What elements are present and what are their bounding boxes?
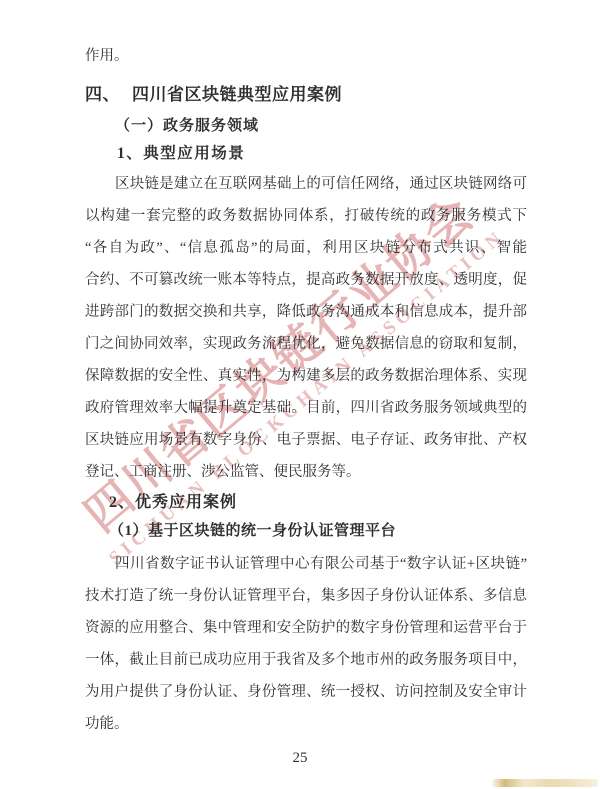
- text-line: 政府管理效率大幅提升奠定基础。目前，四川省政务服务领域典型的: [85, 392, 527, 424]
- text-line: 进跨部门的数据交换和共享，降低政务沟通成本和信息成本，提升部: [85, 296, 527, 328]
- text-line: 区块链应用场景有数字身份、电子票据、电子存证、政务审批、产权: [85, 424, 527, 456]
- document-content: 作用。 四、四川省区块链典型应用案例 （一）政务服务领域 1、典型应用场景 区块…: [85, 40, 527, 740]
- text-line: “各自为政”、“信息孤岛”的局面，利用区块链分布式共识、智能: [85, 232, 527, 264]
- text-line: 以构建一套完整的政务数据协同体系，打破传统的政务服务模式下: [85, 200, 527, 232]
- text-line: 资源的应用整合、集中管理和安全防护的数字身份管理和运营平台于: [85, 612, 527, 644]
- document-page: 四川省区块链行业协会 SICHUAN BLOCKCHAIN ASSOCIATIO…: [0, 0, 600, 789]
- text-line: 四川省数字证书认证管理中心有限公司基于“数字认证+区块链”: [85, 548, 527, 580]
- corner-logo-fragment: [492, 779, 598, 787]
- paragraph-tail-line: 作用。: [85, 40, 527, 72]
- text-line: 一体，截止目前已成功应用于我省及多个地市州的政务服务项目中，: [85, 644, 527, 676]
- text-line: 技术打造了统一身份认证管理平台，集多因子身份认证体系、多信息: [85, 580, 527, 612]
- heading-government-services: （一）政务服务领域: [85, 114, 527, 138]
- heading-identity-platform: （1）基于区块链的统一身份认证管理平台: [85, 520, 527, 542]
- text-line: 合约、不可篡改统一账本等特点，提高政务数据开放度、透明度，促: [85, 264, 527, 296]
- text-line: 登记、工商注册、涉公监管、便民服务等。: [85, 456, 527, 488]
- heading-section-number: 四、: [85, 85, 120, 104]
- paragraph-typical-scenarios: 区块链是建立在互联网基础上的可信任网络，通过区块链网络可 以构建一套完整的政务数…: [85, 168, 527, 488]
- text-line: 保障数据的安全性、真实性，为构建多层的政务数据治理体系、实现: [85, 360, 527, 392]
- heading-section-four: 四、四川省区块链典型应用案例: [85, 84, 527, 106]
- heading-excellent-cases: 2、优秀应用案例: [85, 492, 527, 514]
- text-line: 区块链是建立在互联网基础上的可信任网络，通过区块链网络可: [85, 168, 527, 200]
- heading-typical-scenarios: 1、典型应用场景: [85, 142, 527, 166]
- page-number: 25: [0, 750, 600, 767]
- text-line: 为用户提供了身份认证、身份管理、统一授权、访问控制及安全审计: [85, 676, 527, 708]
- text-line: 门之间协同效率，实现政务流程优化，避免数据信息的窃取和复制，: [85, 328, 527, 360]
- paragraph-identity-platform: 四川省数字证书认证管理中心有限公司基于“数字认证+区块链” 技术打造了统一身份认…: [85, 548, 527, 740]
- text-line: 功能。: [85, 708, 527, 740]
- heading-section-title: 四川省区块链典型应用案例: [132, 85, 342, 104]
